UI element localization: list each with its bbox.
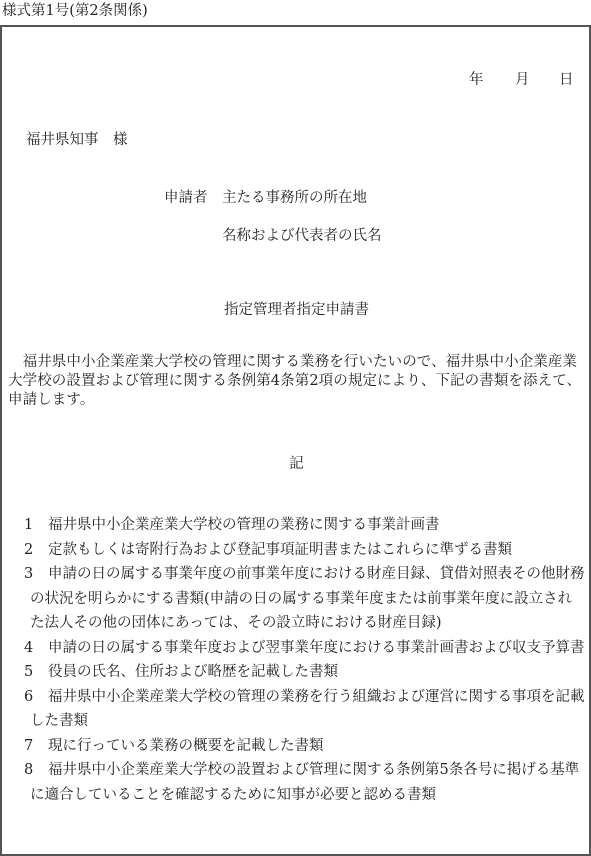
list-item: 4申請の日の属する事業年度および翌事業年度における事業計画書および収支予算書 bbox=[2, 636, 591, 661]
item-text: 申請の日の属する事業年度の前事業年度における財産目録、貸借対照表その他財務 bbox=[48, 566, 585, 582]
date-day: 日 bbox=[559, 71, 574, 89]
list-item: 6福井県中小企業産業大学校の管理の業務を行う組織および運営に関する事項を記載 し… bbox=[2, 685, 591, 734]
list-item: 1福井県中小企業産業大学校の管理の業務に関する事業計画書 bbox=[2, 513, 591, 538]
list-item: 3申請の日の属する事業年度の前事業年度における財産目録、貸借対照表その他財務 の… bbox=[2, 562, 591, 636]
body-line: 福井県中小企業産業大学校の管理に関する業務を行いたいので、福井県中小企業産業 bbox=[8, 353, 588, 372]
item-text-continued: に適合していることを確認するために知事が必要と認める書類 bbox=[2, 783, 591, 808]
attachment-list: 1福井県中小企業産業大学校の管理の業務に関する事業計画書 2定款もしくは寄附行為… bbox=[2, 513, 591, 807]
document-title: 指定管理者指定申請書 bbox=[2, 301, 591, 319]
item-number: 7 bbox=[24, 734, 48, 759]
form-number-label: 様式第1号(第2条関係) bbox=[2, 2, 148, 20]
item-text: 福井県中小企業産業大学校の管理の業務に関する事業計画書 bbox=[48, 517, 440, 533]
item-number: 2 bbox=[24, 538, 48, 563]
form-frame: 年 月 日 福井県知事 様 申請者 主たる事務所の所在地 名称および代表者の氏名… bbox=[0, 25, 591, 856]
body-paragraph: 福井県中小企業産業大学校の管理に関する業務を行いたいので、福井県中小企業産業 大… bbox=[8, 353, 588, 410]
item-text: 申請の日の属する事業年度および翌事業年度における事業計画書および収支予算書 bbox=[48, 640, 585, 656]
item-number: 6 bbox=[24, 685, 48, 710]
addressee: 福井県知事 様 bbox=[26, 131, 128, 149]
item-number: 1 bbox=[24, 513, 48, 538]
item-text: 福井県中小企業産業大学校の設置および管理に関する条例第5条各号に掲げる基準 bbox=[48, 762, 579, 778]
list-item: 5役員の氏名、住所および略歴を記載した書類 bbox=[2, 660, 591, 685]
item-text: 現に行っている業務の概要を記載した書類 bbox=[48, 738, 324, 754]
date-year: 年 bbox=[469, 71, 484, 89]
date-month: 月 bbox=[515, 71, 530, 89]
item-text-continued: た法人その他の団体にあっては、その設立時における財産目録) bbox=[2, 611, 591, 636]
body-line: 申請します。 bbox=[8, 391, 588, 410]
body-line: 大学校の設置および管理に関する条例第4条第2項の規定により、下記の書類を添えて、 bbox=[8, 372, 588, 391]
list-item: 7現に行っている業務の概要を記載した書類 bbox=[2, 734, 591, 759]
list-item: 2定款もしくは寄附行為および登記事項証明書またはこれらに準ずる書類 bbox=[2, 538, 591, 563]
item-text: 福井県中小企業産業大学校の管理の業務を行う組織および運営に関する事項を記載 bbox=[48, 689, 585, 705]
ki-heading: 記 bbox=[2, 455, 591, 473]
item-number: 8 bbox=[24, 758, 48, 783]
item-text: 定款もしくは寄附行為および登記事項証明書またはこれらに準ずる書類 bbox=[48, 542, 512, 558]
item-text-continued: した書類 bbox=[2, 709, 591, 734]
item-number: 3 bbox=[24, 562, 48, 587]
item-number: 4 bbox=[24, 636, 48, 661]
applicant-address-label: 主たる事務所の所在地 bbox=[222, 189, 367, 207]
item-text-continued: の状況を明らかにする書類(申請の日の属する事業年度または前事業年度に設立され bbox=[2, 587, 591, 612]
item-number: 5 bbox=[24, 660, 48, 685]
item-text: 役員の氏名、住所および略歴を記載した書類 bbox=[48, 664, 338, 680]
applicant-name-label: 名称および代表者の氏名 bbox=[222, 227, 382, 245]
list-item: 8福井県中小企業産業大学校の設置および管理に関する条例第5条各号に掲げる基準 に… bbox=[2, 758, 591, 807]
applicant-label: 申請者 bbox=[164, 189, 208, 207]
